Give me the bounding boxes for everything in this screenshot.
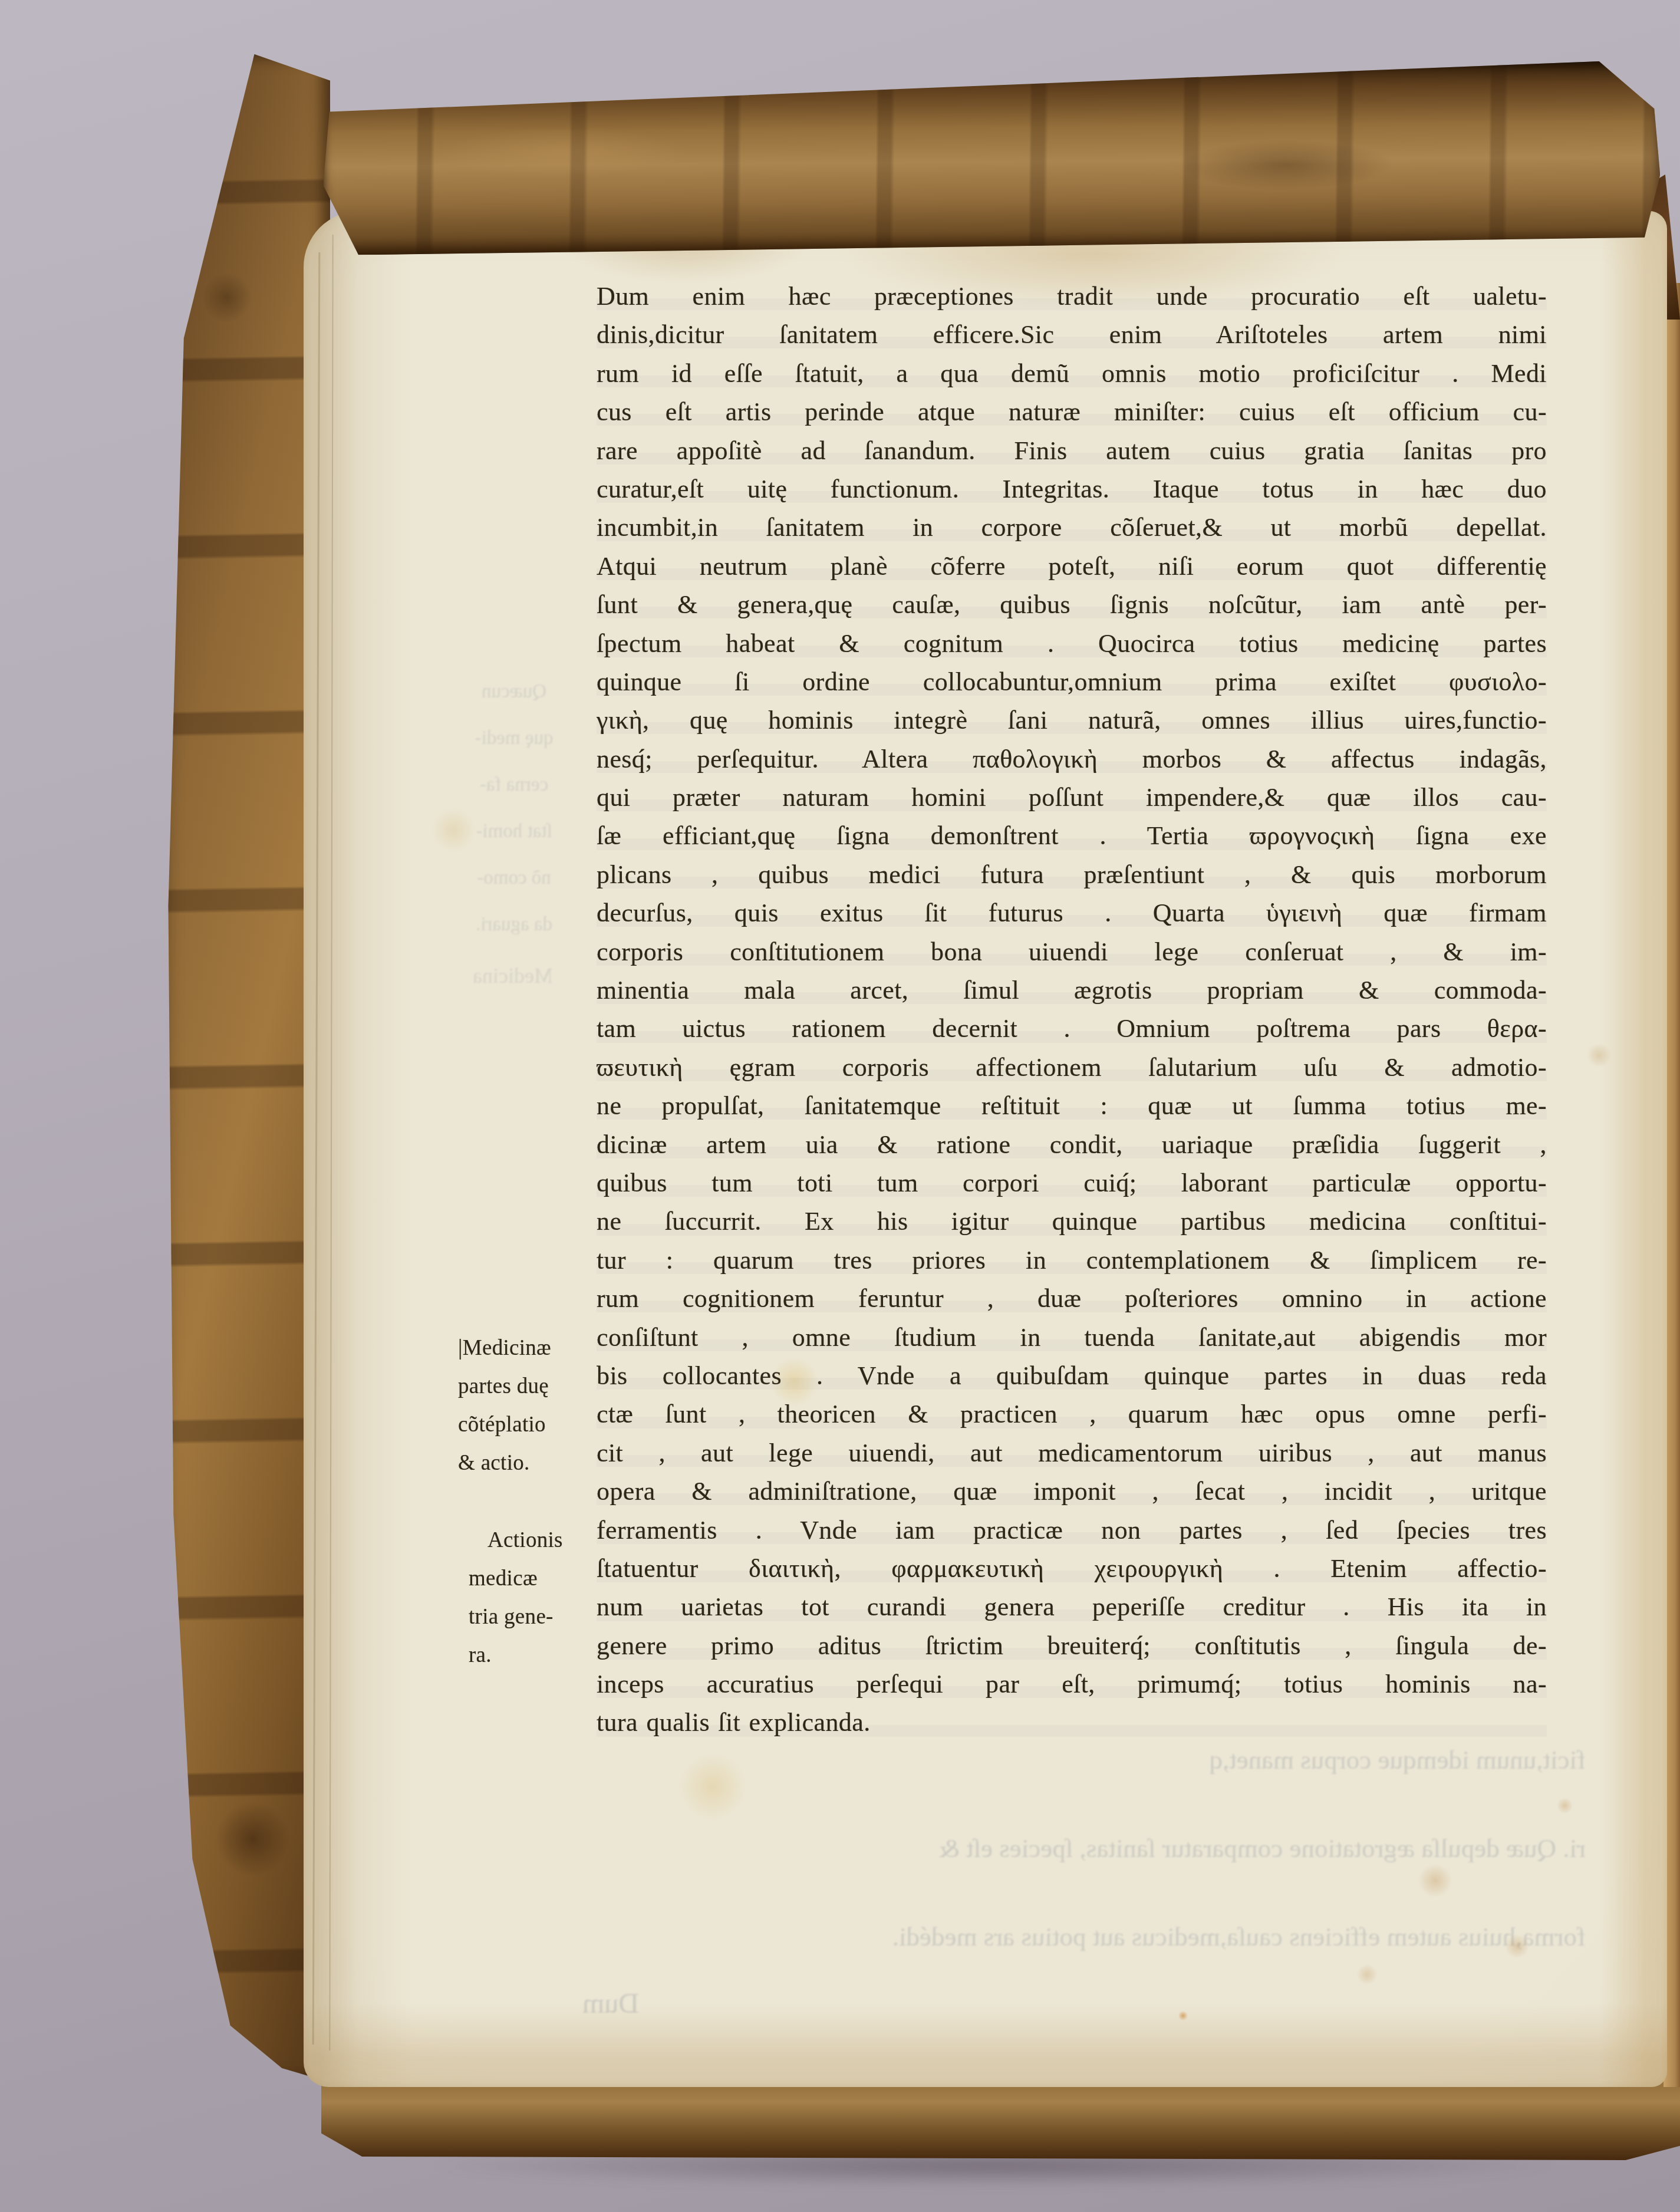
text-line: decurſus, quis exitus ſit futurus . Quar… — [597, 894, 1547, 932]
text-line: conſiſtunt , omne ſtudium in tuenda ſani… — [597, 1318, 1547, 1357]
text-line: cus eſt artis perinde atque naturæ miniſ… — [597, 393, 1547, 431]
text-line: dicinæ artem uia & ratione condit, uaria… — [597, 1125, 1547, 1164]
text-line: corporis conſtitutionem bona uiuendi leg… — [597, 933, 1547, 971]
text-line: ctæ ſunt , theoricen & practicen , quaru… — [597, 1395, 1547, 1433]
margin-note-line: medicæ — [469, 1559, 610, 1598]
text-line: quinque ſi ordine collocabuntur,omnium p… — [597, 663, 1547, 701]
text-line: qui præter naturam homini poſſunt impend… — [597, 778, 1547, 817]
main-text-block: Dum enim hæc præceptiones tradit unde pr… — [597, 277, 1547, 1742]
text-line: ſpectum habeat & cognitum . Quocirca tot… — [597, 624, 1547, 663]
text-line: ϖευτικὴ ęgram corporis affectionem ſalut… — [597, 1048, 1547, 1087]
margin-note-line: cõtéplatio — [458, 1405, 605, 1444]
text-line: ne ſuccurrit. Ex his igitur quinque part… — [597, 1202, 1547, 1240]
text-line: rum cognitionem feruntur , duæ poſterior… — [597, 1279, 1547, 1318]
text-line: genere primo aditus ſtrictim breuiterq́;… — [597, 1627, 1547, 1665]
text-line: ſtatuentur διαιτικὴ, φαρμακευτικὴ χειρου… — [597, 1549, 1547, 1588]
bleedthrough-margin-note-2: Medicina — [439, 955, 587, 996]
margin-note-medicinae-partes: |Medicinæpartes duęcõtéplatio& actio. — [458, 1329, 605, 1482]
text-line: ſæ efficiant,quę ſigna demonſtrent . Ter… — [597, 817, 1547, 855]
margin-note-line: Actionis — [469, 1521, 610, 1559]
text-line: nesq́; perſequitur. Altera παθολογικὴ mo… — [597, 740, 1547, 778]
bleedthrough-line: quę medi- — [438, 715, 590, 762]
bleedthrough-line: ri. Quæ depulſa ægrotatione comparatur ſ… — [531, 1804, 1586, 1892]
margin-note-line: ra. — [469, 1636, 610, 1674]
text-line: incumbit,in ſanitatem in corpore cõſerue… — [597, 508, 1547, 547]
text-line: γικὴ, quę hominis integrè ſani naturã, o… — [597, 701, 1547, 739]
text-line: plicans , quibus medici futura præſentiu… — [597, 855, 1547, 894]
margin-note-line: partes duę — [458, 1367, 605, 1405]
text-line: cit , aut lege uiuendi, aut medicamentor… — [597, 1434, 1547, 1472]
text-line: ferramentis . Vnde iam practicæ non part… — [597, 1511, 1547, 1549]
text-line: Dum enim hæc præceptiones tradit unde pr… — [597, 277, 1547, 315]
text-line: curatur,eſt uitę functionum. Integritas.… — [597, 470, 1547, 508]
bleedthrough-line: ſtat homi- — [438, 808, 590, 855]
gutter-crease-line — [329, 235, 333, 2050]
text-line: ne propulſat, ſanitatemque reſtituit : q… — [597, 1087, 1547, 1125]
bleedthrough-margin-note: Quæcunquę medi-cerna fa-ſtat homi-nõ com… — [438, 669, 590, 948]
margin-note-line: & actio. — [458, 1444, 605, 1482]
book-top-edge-leather — [322, 61, 1661, 255]
text-line: rum id eſſe ſtatuit, a qua demũ omnis mo… — [597, 354, 1547, 393]
bleedthrough-line: nõ como- — [438, 855, 590, 901]
bleedthrough-line: Medicina — [439, 955, 587, 996]
gutter-crease-line — [312, 252, 321, 2045]
text-line: dinis,dicitur ſanitatem efficere.Sic eni… — [597, 315, 1547, 354]
bleedthrough-line: cerna fa- — [438, 762, 590, 808]
margin-note-line: tria gene- — [469, 1598, 610, 1636]
text-line: quibus tum toti tum corpori cuiq́; labor… — [597, 1164, 1547, 1202]
text-line: tura qualis ſit explicanda. — [597, 1703, 1547, 1742]
text-line: tam uictus rationem decernit . Omnium po… — [597, 1009, 1547, 1048]
book-photo: { "page": { "main_text_lines": [ "Dum en… — [0, 0, 1680, 2212]
text-line: inceps accuratius perſequi par eſt, prim… — [597, 1665, 1547, 1703]
text-line: num uarietas tot curandi genera peperiſſ… — [597, 1588, 1547, 1626]
text-line: ſunt & genera,quę cauſæ, quibus ſignis n… — [597, 585, 1547, 624]
bleedthrough-line: da aguari. — [438, 901, 590, 948]
text-line: opera & adminiſtratione, quæ imponit , ſ… — [597, 1472, 1547, 1510]
bleedthrough-line: Quæcun — [438, 669, 590, 715]
bleedthrough-bottom-text: ficit,unum idemque corpus manet,qri. Quæ… — [531, 1716, 1586, 2048]
text-line: minentia mala arcet, ſimul ægrotis propr… — [597, 971, 1547, 1009]
text-line: rare appoſitè ad ſanandum. Finis autem c… — [597, 432, 1547, 470]
text-line: Atqui neutrum planè cõferre poteſt, niſi… — [597, 547, 1547, 585]
book-page: Quæcunquę medi-cerna fa-ſtat homi-nõ com… — [304, 211, 1667, 2087]
text-line: tur : quarum tres priores in contemplati… — [597, 1241, 1547, 1279]
margin-note-actionis-genera: Actionismedicætria gene-ra. — [469, 1521, 610, 1674]
text-line: bis collocantes . Vnde a quibuſdam quinq… — [597, 1357, 1547, 1395]
margin-note-line: |Medicinæ — [458, 1329, 605, 1367]
